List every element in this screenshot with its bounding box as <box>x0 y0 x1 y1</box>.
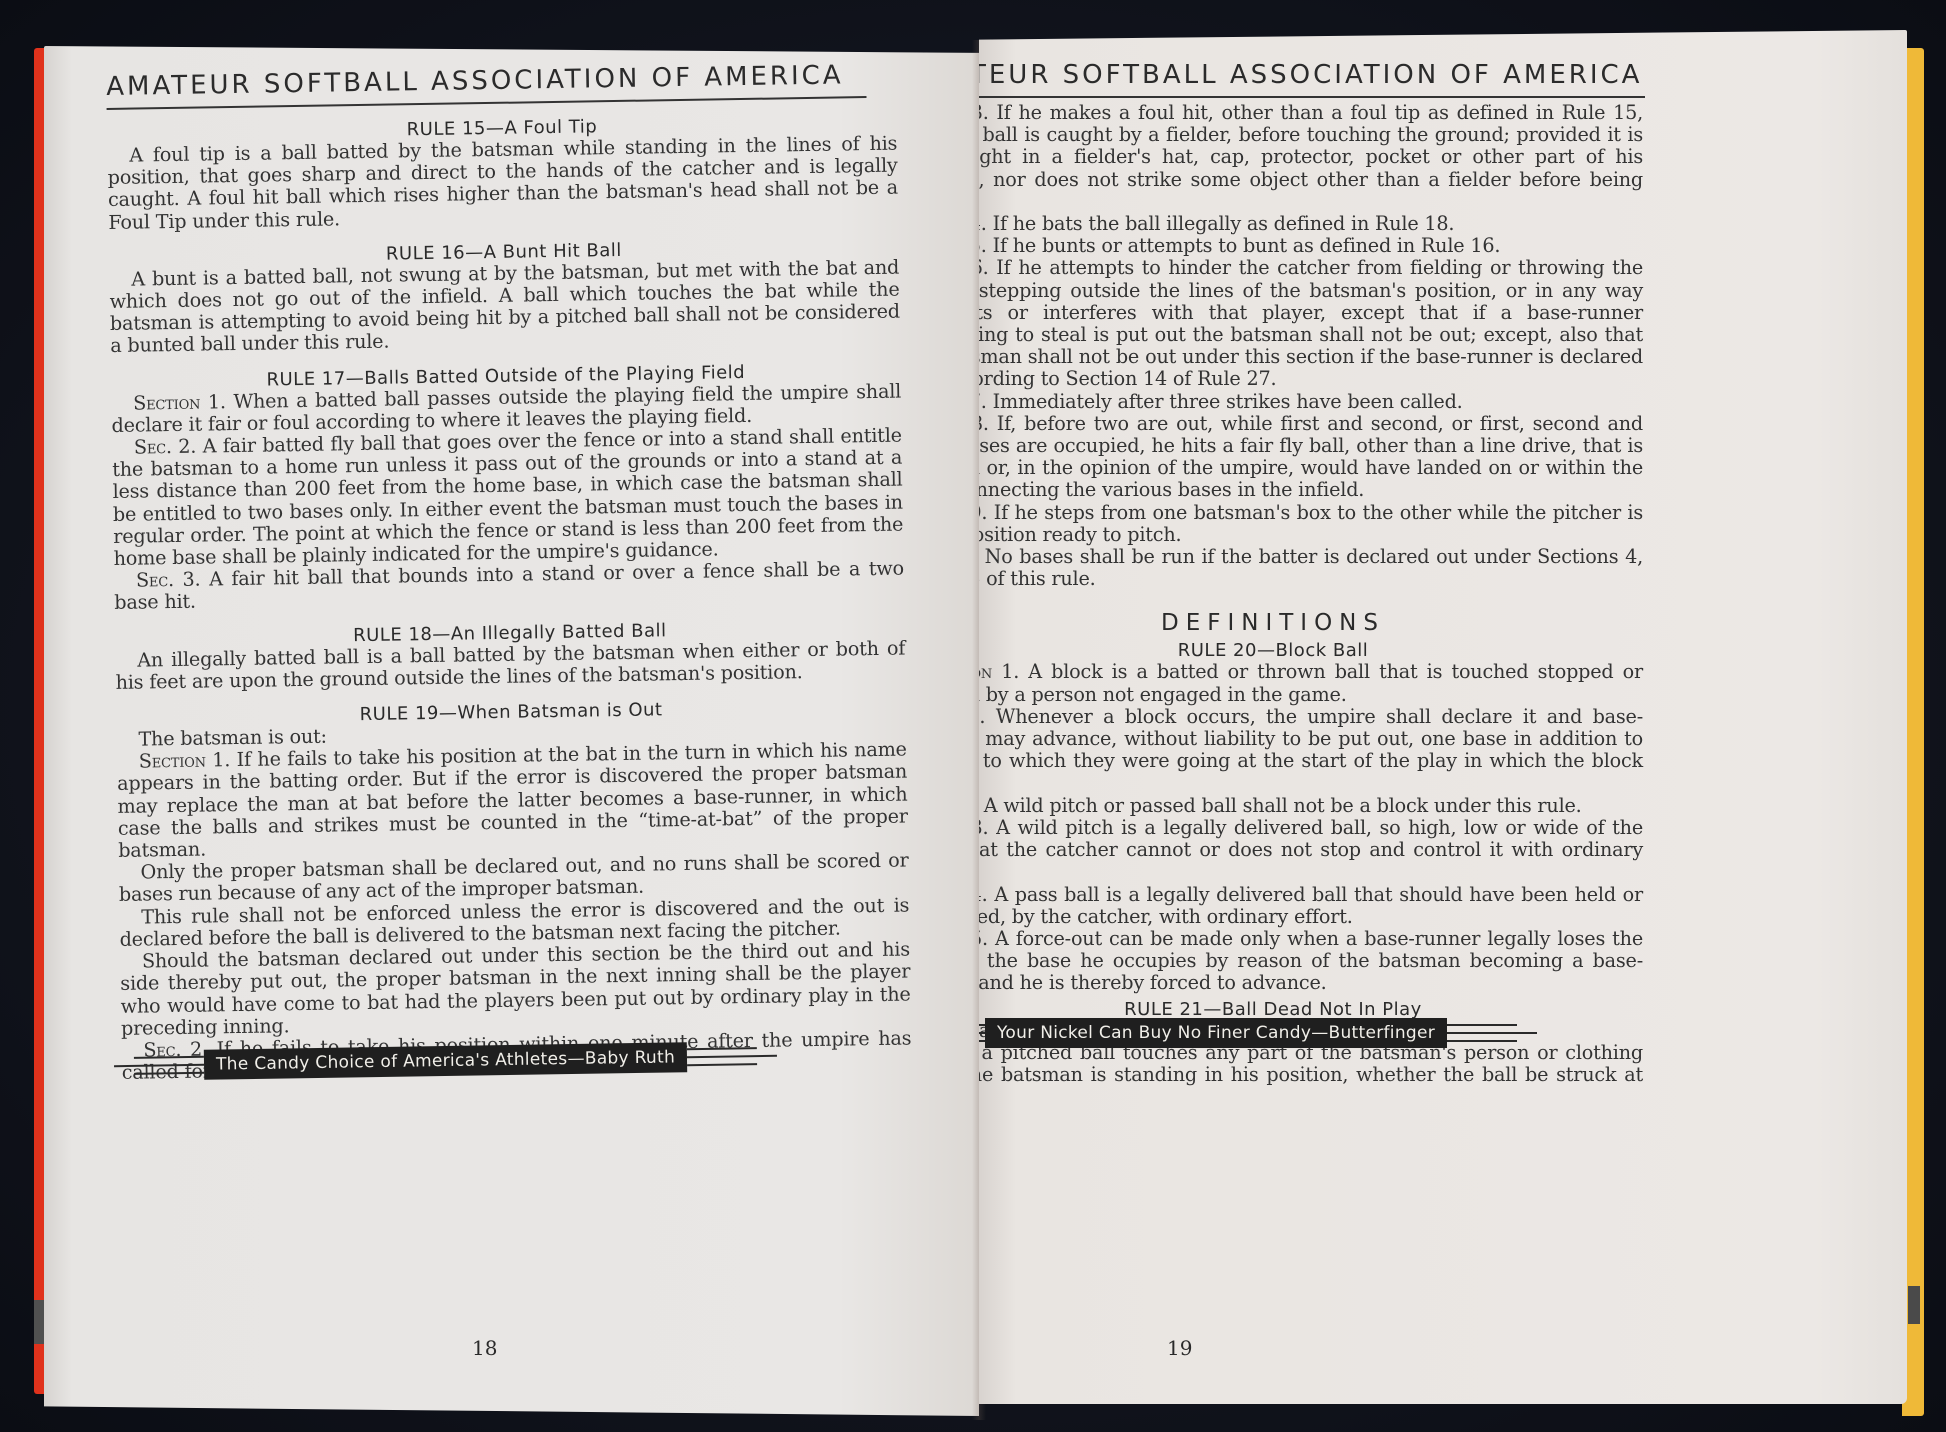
rule-section-paragraph: Section 1. If he fails to take his posit… <box>117 739 909 862</box>
rule-heading: RULE 20—Block Ball <box>903 640 1643 661</box>
body-paragraph: Should the batsman declared out under th… <box>120 939 911 1040</box>
rule-section-paragraph: Sec. 4. If he bats the ball illegally as… <box>903 213 1643 235</box>
rule-section-paragraph: Sec 2. Whenever a block occurs, the umpi… <box>903 706 1643 795</box>
page-number: 18 <box>472 1336 497 1360</box>
section-text: A pass ball is a legally delivered ball … <box>903 883 1643 928</box>
rule-section-paragraph: Sec. 8. If, before two are out, while fi… <box>903 413 1643 502</box>
open-rulebook: AMATEUR SOFTBALL ASSOCIATION OF AMERICA … <box>0 0 1946 1432</box>
section-label: Sec. 3. <box>136 568 201 592</box>
section-text: If, before two are out, while first and … <box>903 412 1643 502</box>
rule-section-paragraph: Sec. 5. If he bunts or attempts to bunt … <box>903 235 1643 257</box>
running-head: AMATEUR SOFTBALL ASSOCIATION OF AMERICA <box>905 60 1645 98</box>
running-head: AMATEUR SOFTBALL ASSOCIATION OF AMERICA <box>106 60 867 110</box>
section-label: Sec. 2. <box>134 435 197 459</box>
body-paragraph: A bunt is a batted ball, not swung at by… <box>109 256 900 357</box>
section-label: Section 1. <box>133 390 226 414</box>
left-page-content: AMATEUR SOFTBALL ASSOCIATION OF AMERICA … <box>106 60 917 1396</box>
banner-lines-right <box>1447 1024 1537 1042</box>
right-page: AMATEUR SOFTBALL ASSOCIATION OF AMERICA … <box>979 30 1907 1404</box>
right-page-content: AMATEUR SOFTBALL ASSOCIATION OF AMERICA … <box>903 60 1643 1384</box>
rule-section-paragraph: Section 1. A block is a batted or thrown… <box>903 661 1643 705</box>
rule-section-paragraph: Sec. 4. A pass ball is a legally deliver… <box>903 884 1643 928</box>
section-text: If he attempts to hinder the catcher fro… <box>903 256 1643 390</box>
rule-section-paragraph: Sec. 7. Immediately after three strikes … <box>903 391 1643 413</box>
body-paragraph: A foul tip is a ball batted by the batsm… <box>107 133 898 234</box>
section-text: If he fails to take his position at the … <box>117 738 908 862</box>
section-text: If he bats the ball illegally as defined… <box>987 212 1455 235</box>
body-paragraph: Note: A wild pitch or passed ball shall … <box>903 795 1643 817</box>
rule-section-paragraph: Sec. 9. If he steps from one batsman's b… <box>903 502 1643 546</box>
rule-section-paragraph: Sec. 2. A fair batted fly ball that goes… <box>112 425 904 571</box>
section-text: If he steps from one batsman's box to th… <box>903 501 1643 546</box>
section-text: A fair batted fly ball that goes over th… <box>112 424 903 570</box>
right-cover-band <box>1908 1286 1920 1324</box>
section-text: If he makes a foul hit, other than a fou… <box>903 101 1643 213</box>
section-text: A force-out can be made only when a base… <box>903 927 1643 994</box>
section-label: Section 1. <box>139 748 231 772</box>
section-heading-definitions: DEFINITIONS <box>903 610 1643 636</box>
rule-section-paragraph: Sec. 5. A force-out can be made only whe… <box>903 928 1643 995</box>
section-text: A wild pitch is a legally delivered ball… <box>903 816 1643 883</box>
advertisement-banner: Your Nickel Can Buy No Finer Candy—Butte… <box>895 1018 1537 1048</box>
left-page-body: RULE 15—A Foul TipA foul tip is a ball b… <box>107 112 912 1085</box>
banner-lines-right <box>687 1047 777 1066</box>
banner-lines-left <box>114 1056 204 1075</box>
section-text: If he bunts or attempts to bunt as defin… <box>987 234 1501 257</box>
body-paragraph: Note: No bases shall be run if the batte… <box>903 546 1643 590</box>
rule-section-paragraph: Sec. 3. A wild pitch is a legally delive… <box>903 817 1643 884</box>
rule-heading: RULE 21—Ball Dead Not In Play <box>903 999 1643 1020</box>
right-page-body: Sec. 3. If he makes a foul hit, other th… <box>903 102 1643 1108</box>
section-text: Immediately after three strikes have bee… <box>987 390 1463 413</box>
rule-section-paragraph: Sec. 3. If he makes a foul hit, other th… <box>903 102 1643 213</box>
rule-section-paragraph: Sec. 6. If he attempts to hinder the cat… <box>903 257 1643 390</box>
banner-text: Your Nickel Can Buy No Finer Candy—Butte… <box>985 1018 1447 1048</box>
page-number: 19 <box>1167 1336 1192 1360</box>
body-paragraph: (1) If a pitched ball touches any part o… <box>903 1042 1643 1109</box>
left-page: AMATEUR SOFTBALL ASSOCIATION OF AMERICA … <box>44 46 979 1416</box>
section-text: Whenever a block occurs, the umpire shal… <box>903 705 1643 795</box>
